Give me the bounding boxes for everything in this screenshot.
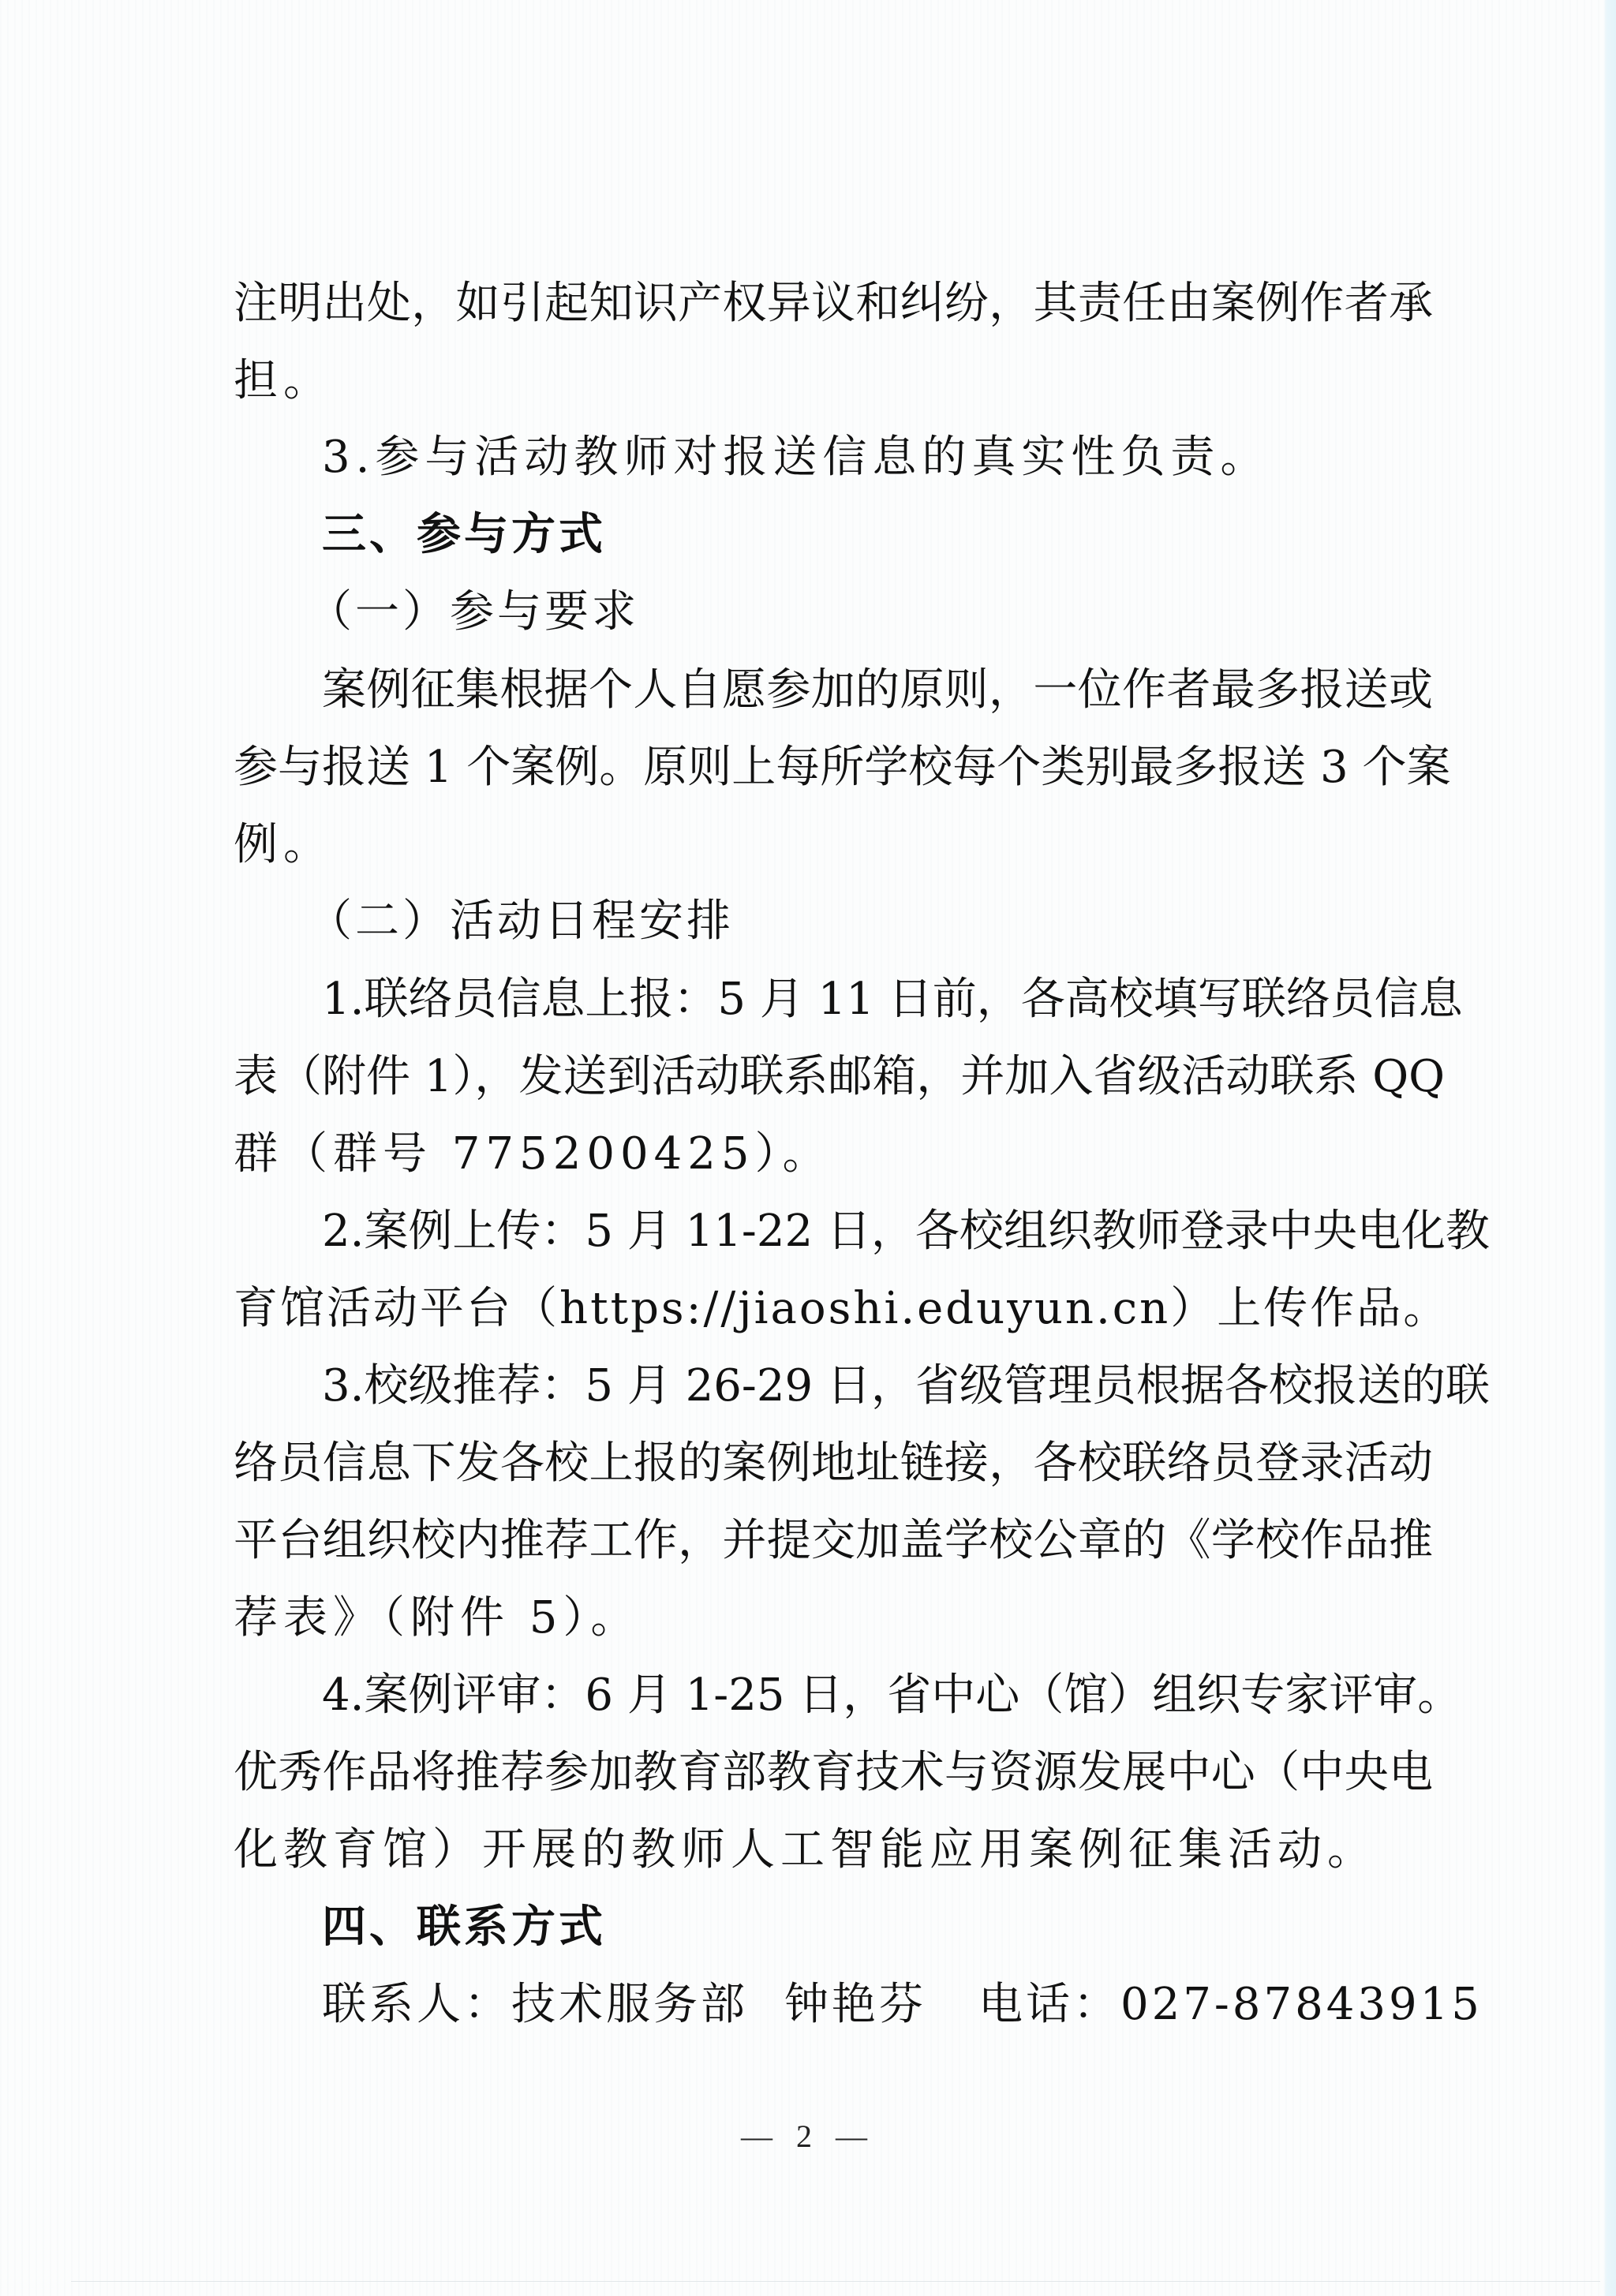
schedule-item-3-line: 荐表》（附件 5）。 [234, 1591, 1433, 1646]
paragraph-line: 参与报送 1 个案例。原则上每所学校每个类别最多报送 3 个案 [234, 740, 1433, 795]
subsection-heading-schedule: （二）活动日程安排 [308, 894, 1419, 949]
phone-label: 电话： [978, 1977, 1120, 2032]
section-heading-participation: 三、参与方式 [322, 507, 1433, 563]
subsection-heading-requirements: （一）参与要求 [308, 585, 1419, 640]
section-heading-contact: 四、联系方式 [322, 1900, 1433, 1955]
schedule-item-4-line: 化教育馆）开展的教师人工智能应用案例征集活动。 [234, 1823, 1433, 1878]
schedule-item-1-line: 表（附件 1），发送到活动联系邮箱，并加入省级活动联系 QQ [234, 1049, 1433, 1105]
paragraph-line: 担。 [234, 353, 1433, 409]
schedule-item-4-line: 4.案例评审：6 月 1-25 日，省中心（馆）组织专家评审。 [322, 1668, 1433, 1723]
contact-department: 技术服务部 [511, 1977, 748, 2032]
schedule-item-3-line: 3.校级推荐：5 月 26-29 日，省级管理员根据各校报送的联 [322, 1359, 1433, 1414]
schedule-item-2-line: 2.案例上传：5 月 11-22 日，各校组织教师登录中央电化教 [322, 1204, 1433, 1259]
schedule-item-4-line: 优秀作品将推荐参加教育部教育技术与资源发展中心（中央电 [234, 1745, 1433, 1801]
schedule-item-3-line: 络员信息下发各校上报的案例地址链接，各校联络员登录活动 [234, 1436, 1433, 1491]
schedule-item-1-line: 1.联络员信息上报：5 月 11 日前，各高校填写联络员信息 [322, 972, 1433, 1027]
schedule-item-2-line-with-url: 育馆活动平台（https://jiaoshi.eduyun.cn）上传作品。 [234, 1281, 1433, 1337]
paragraph-line: 例。 [234, 817, 1433, 873]
paragraph-line: 注明出处，如引起知识产权异议和纠纷，其责任由案例作者承 [234, 276, 1433, 331]
page-number: — 2 — [0, 2117, 1616, 2156]
schedule-item-3-line: 平台组织校内推荐工作，并提交加盖学校公章的《学校作品推 [234, 1513, 1433, 1569]
scan-edge-line [71, 2281, 1600, 2282]
paragraph-line: 案例征集根据个人自愿参加的原则，一位作者最多报送或 [322, 663, 1433, 718]
contact-line: 联系人：技术服务部钟艳芬电话：027-87843915 [322, 1977, 1433, 2032]
contact-name: 钟艳芬 [784, 1977, 926, 2032]
contact-label: 联系人： [322, 1977, 511, 2032]
phone-number: 027-87843915 [1120, 1977, 1483, 2032]
responsibility-item: 3.参与活动教师对报送信息的真实性负责。 [322, 430, 1433, 485]
schedule-item-1-line: 群（群号 775200425）。 [234, 1127, 1433, 1182]
